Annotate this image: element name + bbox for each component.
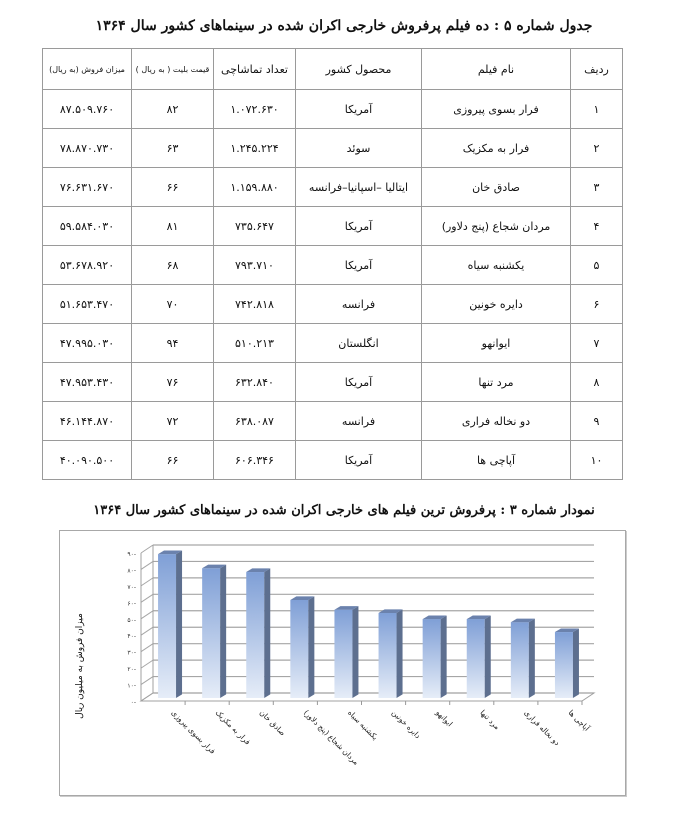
cell-film-name: مردان شجاع (پنج دلاور) <box>422 207 571 246</box>
cell-row-number: ۱۰ <box>571 441 623 480</box>
cell-audience: ۶۳۸.۰۸۷ <box>214 402 296 441</box>
cell-country: ایتالیا –اسپانیا–فرانسه <box>296 168 422 207</box>
table-row: ۱۰آپاچی هاآمریکا۶۰۶.۳۴۶۶۶۴۰.۰۹۰.۵۰۰ <box>43 441 623 480</box>
table-title: جدول شماره ۵ : ده فیلم پرفروش خارجی اکرا… <box>0 18 688 34</box>
cell-ticket-price: ۶۳ <box>132 129 214 168</box>
table-row: ۶دایره خونینفرانسه۷۴۲.۸۱۸۷۰۵۱.۶۵۳.۴۷۰ <box>43 285 623 324</box>
table-row: ۲فرار به مکزیکسوئد۱.۲۴۵.۲۲۴۶۳۷۸.۸۷۰.۷۳۰ <box>43 129 623 168</box>
cell-ticket-price: ۶۶ <box>132 168 214 207</box>
cell-sales: ۴۷.۹۹۵.۰۳۰ <box>43 324 132 363</box>
films-table: ردیف نام فیلم محصول کشور تعداد تماشاچی ق… <box>42 48 623 480</box>
table-row: ۹دو نخاله فراریفرانسه۶۳۸.۰۸۷۷۲۴۶.۱۴۴.۸۷۰ <box>43 402 623 441</box>
cell-country: آمریکا <box>296 441 422 480</box>
cell-film-name: مرد تنها <box>422 363 571 402</box>
cell-country: انگلستان <box>296 324 422 363</box>
table-row: ۴مردان شجاع (پنج دلاور)آمریکا۷۳۵.۶۴۷۸۱۵۹… <box>43 207 623 246</box>
cell-row-number: ۹ <box>571 402 623 441</box>
table-row: ۳صادق خانایتالیا –اسپانیا–فرانسه۱.۱۵۹.۸۸… <box>43 168 623 207</box>
cell-sales: ۴۶.۱۴۴.۸۷۰ <box>43 402 132 441</box>
cell-ticket-price: ۸۱ <box>132 207 214 246</box>
cell-audience: ۶۳۲.۸۴۰ <box>214 363 296 402</box>
cell-country: آمریکا <box>296 207 422 246</box>
cell-sales: ۷۶.۶۳۱.۶۷۰ <box>43 168 132 207</box>
chart-y-axis-label: میزان فروش به میلیون ریال <box>70 596 90 746</box>
cell-country: آمریکا <box>296 246 422 285</box>
chart-container <box>59 530 626 796</box>
cell-film-name: دو نخاله فراری <box>422 402 571 441</box>
cell-audience: ۶۰۶.۳۴۶ <box>214 441 296 480</box>
cell-row-number: ۵ <box>571 246 623 285</box>
cell-country: فرانسه <box>296 285 422 324</box>
cell-ticket-price: ۶۶ <box>132 441 214 480</box>
cell-sales: ۴۷.۹۵۳.۴۳۰ <box>43 363 132 402</box>
cell-row-number: ۱ <box>571 90 623 129</box>
cell-audience: ۷۳۵.۶۴۷ <box>214 207 296 246</box>
cell-row-number: ۸ <box>571 363 623 402</box>
header-row-number: ردیف <box>571 49 623 90</box>
header-audience: تعداد تماشاچی <box>214 49 296 90</box>
cell-audience: ۱.۱۵۹.۸۸۰ <box>214 168 296 207</box>
table-row: ۷ایوانهوانگلستان۵۱۰.۲۱۳۹۴۴۷.۹۹۵.۰۳۰ <box>43 324 623 363</box>
cell-country: آمریکا <box>296 363 422 402</box>
cell-country: فرانسه <box>296 402 422 441</box>
table-row: ۱فرار بسوی پیروزیآمریکا۱.۰۷۲.۶۳۰۸۲۸۷.۵۰۹… <box>43 90 623 129</box>
cell-audience: ۵۱۰.۲۱۳ <box>214 324 296 363</box>
cell-film-name: دایره خونین <box>422 285 571 324</box>
cell-country: آمریکا <box>296 90 422 129</box>
cell-ticket-price: ۹۴ <box>132 324 214 363</box>
cell-row-number: ۲ <box>571 129 623 168</box>
cell-film-name: فرار بسوی پیروزی <box>422 90 571 129</box>
table-header-row: ردیف نام فیلم محصول کشور تعداد تماشاچی ق… <box>43 49 623 90</box>
cell-ticket-price: ۷۶ <box>132 363 214 402</box>
cell-sales: ۵۱.۶۵۳.۴۷۰ <box>43 285 132 324</box>
header-country: محصول کشور <box>296 49 422 90</box>
cell-film-name: آپاچی ها <box>422 441 571 480</box>
cell-film-name: فرار به مکزیک <box>422 129 571 168</box>
cell-audience: ۱.۲۴۵.۲۲۴ <box>214 129 296 168</box>
cell-row-number: ۴ <box>571 207 623 246</box>
cell-row-number: ۳ <box>571 168 623 207</box>
chart-title: نمودار شماره ۳ : پرفروش ترین فیلم های خا… <box>0 503 688 518</box>
cell-ticket-price: ۶۸ <box>132 246 214 285</box>
cell-audience: ۷۹۳.۷۱۰ <box>214 246 296 285</box>
cell-film-name: یکشنبه سیاه <box>422 246 571 285</box>
table-row: ۵یکشنبه سیاهآمریکا۷۹۳.۷۱۰۶۸۵۳.۶۷۸.۹۲۰ <box>43 246 623 285</box>
table-row: ۸مرد تنهاآمریکا۶۳۲.۸۴۰۷۶۴۷.۹۵۳.۴۳۰ <box>43 363 623 402</box>
cell-row-number: ۶ <box>571 285 623 324</box>
cell-sales: ۷۸.۸۷۰.۷۳۰ <box>43 129 132 168</box>
cell-sales: ۴۰.۰۹۰.۵۰۰ <box>43 441 132 480</box>
cell-sales: ۵۳.۶۷۸.۹۲۰ <box>43 246 132 285</box>
cell-sales: ۸۷.۵۰۹.۷۶۰ <box>43 90 132 129</box>
cell-film-name: ایوانهو <box>422 324 571 363</box>
cell-ticket-price: ۷۰ <box>132 285 214 324</box>
header-sales: میزان فروش (به ریال) <box>43 49 132 90</box>
cell-ticket-price: ۷۲ <box>132 402 214 441</box>
cell-audience: ۷۴۲.۸۱۸ <box>214 285 296 324</box>
cell-ticket-price: ۸۲ <box>132 90 214 129</box>
header-ticket-price: قیمت بلیت ( به ریال ) <box>132 49 214 90</box>
cell-audience: ۱.۰۷۲.۶۳۰ <box>214 90 296 129</box>
cell-film-name: صادق خان <box>422 168 571 207</box>
header-film-name: نام فیلم <box>422 49 571 90</box>
cell-country: سوئد <box>296 129 422 168</box>
cell-sales: ۵۹.۵۸۴.۰۳۰ <box>43 207 132 246</box>
cell-row-number: ۷ <box>571 324 623 363</box>
